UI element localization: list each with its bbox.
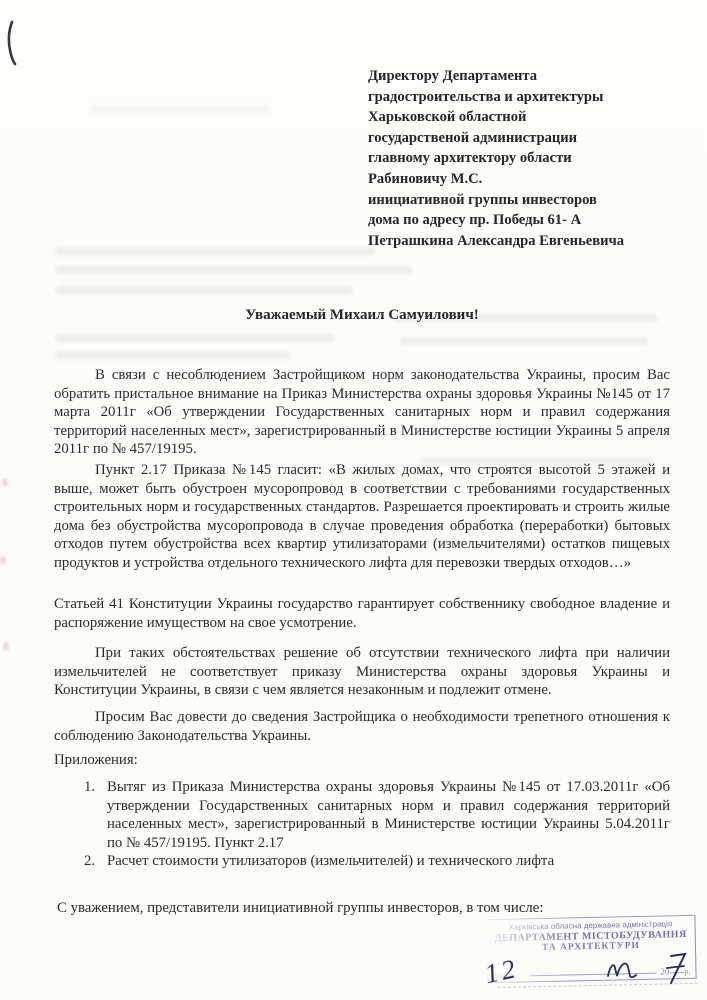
recipient-line: государственой администрации — [368, 128, 688, 149]
scan-edge-artifact — [0, 556, 6, 565]
recipient-block: Директору Департамента градостроительств… — [368, 66, 688, 251]
recipient-line: Директору Департамента — [368, 66, 688, 87]
handwritten-entry-number: 12 — [482, 953, 521, 990]
paragraph-constitution: Статьей 41 Конституции Украины государст… — [54, 595, 670, 632]
paragraph-request: Просим Вас довести до сведения Застройщи… — [54, 708, 670, 745]
list-item-text: Вытяг из Приказа Министерства охраны здо… — [107, 779, 670, 851]
paragraph-conclusion: При таких обстоятельствах решение об отс… — [54, 644, 670, 700]
bleed-through-artifact — [55, 247, 375, 256]
list-item-text: Расчет стоимости утилизаторов (измельчит… — [107, 853, 554, 869]
bleed-through-artifact — [55, 351, 291, 360]
list-item: 1. Вытяг из Приказа Министерства охраны … — [54, 778, 670, 852]
pen-mark — [5, 20, 21, 66]
recipient-line: Харьковской областной — [368, 107, 688, 128]
recipient-line: Рабиновичу М.С. — [368, 169, 688, 190]
paragraph-legal-reference: В связи с несоблюдением Застройщиком нор… — [54, 366, 670, 459]
list-item-number: 1. — [84, 778, 95, 797]
paragraph-clause-2-17: Пункт 2.17 Приказа №145 гласит: «В жилых… — [54, 461, 670, 573]
salutation: Уважаемый Михаил Самуилович! — [54, 307, 670, 324]
closing-line: С уважением, представители инициативной … — [57, 900, 673, 917]
scanned-letter-page: Директору Департамента градостроительств… — [0, 0, 707, 1000]
recipient-line: главному архитектору области — [368, 148, 688, 169]
handwritten-date-marks — [598, 950, 706, 994]
recipient-line: дома по адресу пр. Победы 61- А — [368, 210, 688, 231]
scan-edge-artifact — [3, 642, 9, 651]
attachments-heading: Приложения: — [54, 752, 138, 769]
recipient-line: Петрашкина Александра Евгеньевича — [368, 231, 688, 252]
bleed-through-artifact — [55, 333, 335, 342]
recipient-line: градостроительства и архитектуры — [368, 87, 688, 108]
bleed-through-artifact — [55, 266, 413, 275]
list-item: 2. Расчет стоимости утилизаторов (измель… — [54, 852, 670, 871]
recipient-line: инициативной группы инвесторов — [368, 190, 688, 211]
bleed-through-artifact — [55, 285, 353, 294]
bleed-through-artifact — [400, 337, 648, 345]
bleed-through-artifact — [90, 105, 270, 113]
scan-edge-artifact — [2, 478, 8, 487]
attachments-list: 1. Вытяг из Приказа Министерства охраны … — [54, 778, 670, 871]
list-item-number: 2. — [84, 852, 95, 871]
